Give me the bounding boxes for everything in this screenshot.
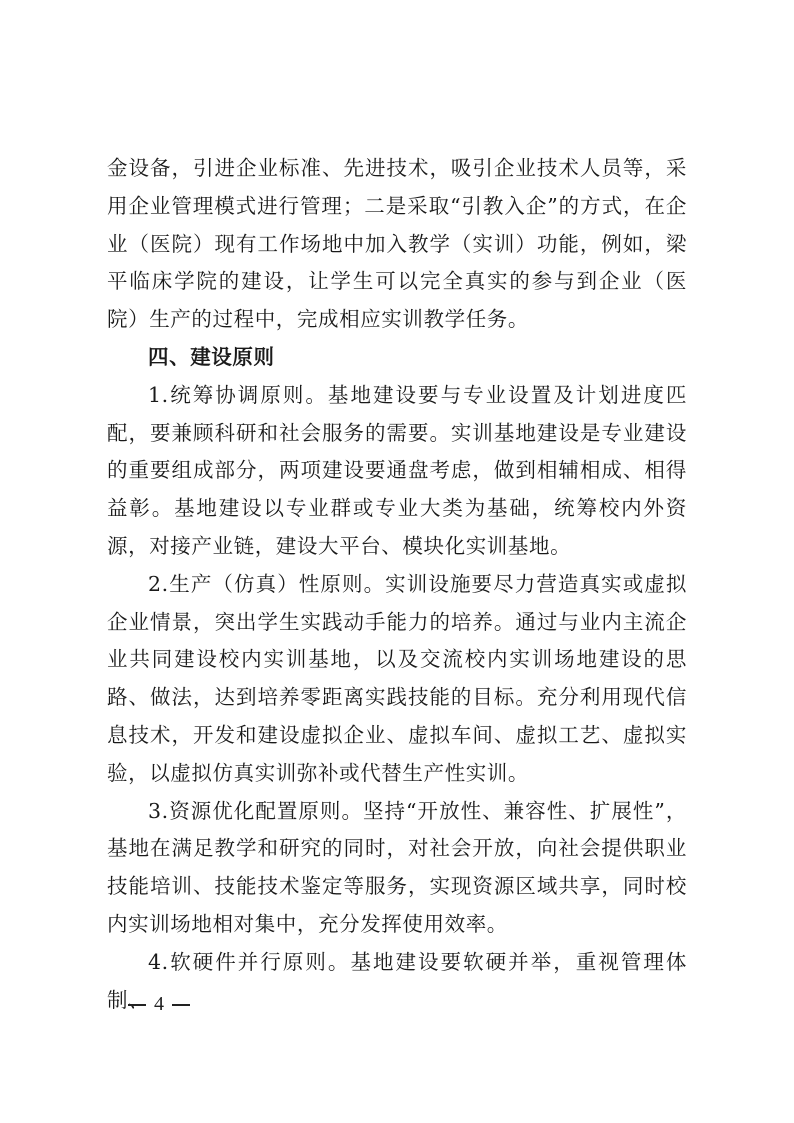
page-number: 4 <box>154 993 164 1016</box>
section-heading: 四、建设原则 <box>107 339 687 377</box>
document-body: 金设备，引进企业标准、先进技术，吸引企业技术人员等，采用企业管理模式进行管理；二… <box>107 150 687 1019</box>
dash-right-decoration <box>172 1004 190 1006</box>
paragraph-principle-2: 2.生产（仿真）性原则。实训设施要尽力营造真实或虚拟企业情景，突出学生实践动手能… <box>107 566 687 793</box>
paragraph-principle-1: 1.统筹协调原则。基地建设要与专业设置及计划进度匹配，要兼顾科研和社会服务的需要… <box>107 377 687 566</box>
paragraph-principle-4: 4.软硬件并行原则。基地建设要软硬并举，重视管理体制、 <box>107 944 687 1020</box>
paragraph-principle-3: 3.资源优化配置原则。坚持“开放性、兼容性、扩展性”，基地在满足教学和研究的同时… <box>107 793 687 944</box>
page-footer: 4 <box>128 993 190 1016</box>
paragraph-continuation: 金设备，引进企业标准、先进技术，吸引企业技术人员等，采用企业管理模式进行管理；二… <box>107 150 687 339</box>
dash-left-decoration <box>128 1004 146 1006</box>
document-page: 金设备，引进企业标准、先进技术，吸引企业技术人员等，采用企业管理模式进行管理；二… <box>0 0 794 1123</box>
